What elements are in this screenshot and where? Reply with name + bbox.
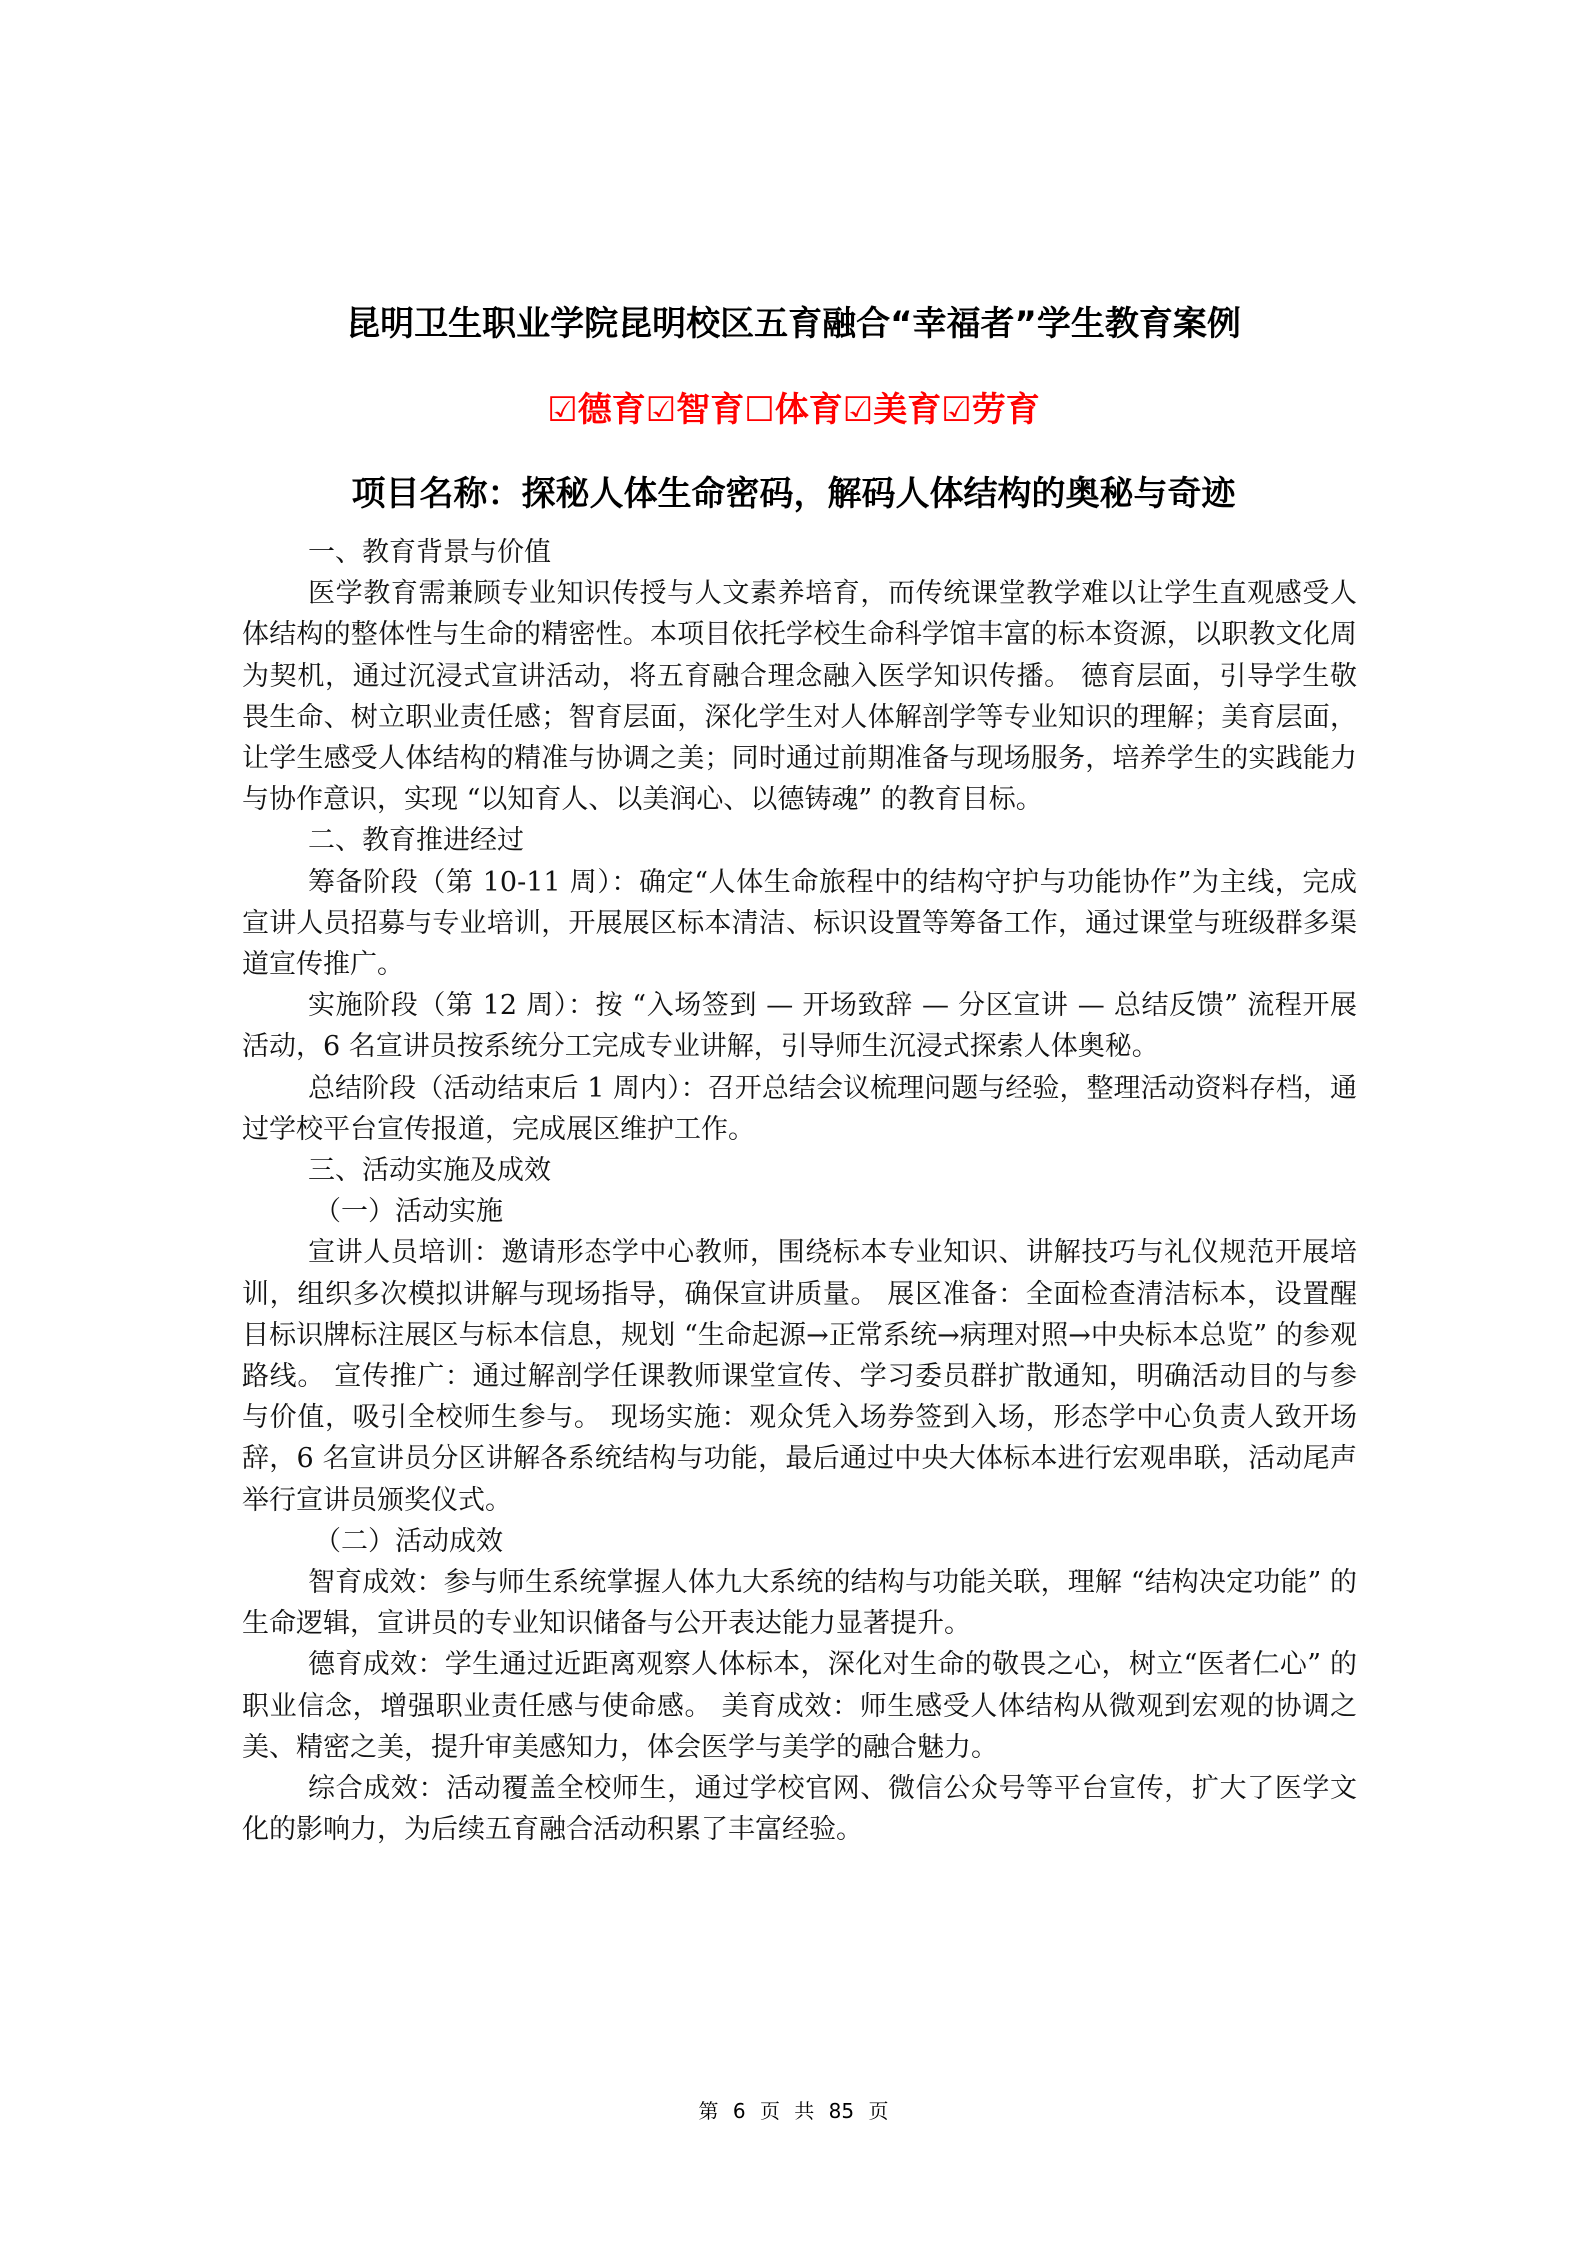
- paragraph-summary-stage: 总结阶段（活动结束后 1 周内）：召开总结会议梳理问题与经验，整理活动资料存档，…: [242, 1068, 1357, 1150]
- section-heading-implementation-results: 三、活动实施及成效: [242, 1150, 1357, 1191]
- checkbox-checked-icon: ☑: [941, 390, 971, 430]
- checkbox-checked-icon: ☑: [843, 390, 873, 430]
- checkbox-checked-icon: ☑: [646, 390, 676, 430]
- paragraph-preparation-stage: 筹备阶段（第 10-11 周）：确定“人体生命旅程中的结构守护与功能协作”为主线…: [242, 862, 1357, 986]
- subheading-results: （二）活动成效: [242, 1521, 1357, 1562]
- current-page-number: 6: [733, 2099, 746, 2123]
- paragraph-implementation-stage: 实施阶段（第 12 周）：按 “入场签到 — 开场致辞 — 分区宣讲 — 总结反…: [242, 985, 1357, 1067]
- total-pages: 85: [829, 2099, 854, 2123]
- category-zhiyu: ☑智育: [646, 382, 744, 431]
- document-title: 昆明卫生职业学院昆明校区五育融合“幸福者”学生教育案例: [0, 296, 1587, 345]
- paragraph-moral-aesthetic-results: 德育成效：学生通过近距离观察人体标本，深化对生命的敬畏之心，树立“医者仁心” 的…: [242, 1644, 1357, 1768]
- category-laoyu: ☑劳育: [941, 382, 1039, 431]
- paragraph-implementation-details: 宣讲人员培训：邀请形态学中心教师，围绕标本专业知识、讲解技巧与礼仪规范开展培训，…: [242, 1232, 1357, 1520]
- paragraph-background: 医学教育需兼顾专业知识传授与人文素养培育，而传统课堂教学难以让学生直观感受人体结…: [242, 573, 1357, 820]
- paragraph-intellectual-results: 智育成效：参与师生系统掌握人体九大系统的结构与功能关联，理解 “结构决定功能” …: [242, 1562, 1357, 1644]
- document-page: 昆明卫生职业学院昆明校区五育融合“幸福者”学生教育案例 ☑德育☑智育☐体育☑美育…: [0, 0, 1587, 2245]
- section-heading-background: 一、教育背景与价值: [242, 532, 1357, 573]
- category-meiyu: ☑美育: [843, 382, 941, 431]
- page-footer: 第 6 页 共 85 页: [0, 2095, 1587, 2124]
- category-tiyu: ☐体育: [744, 382, 842, 431]
- checkbox-checked-icon: ☑: [547, 390, 577, 430]
- document-body: 一、教育背景与价值 医学教育需兼顾专业知识传授与人文素养培育，而传统课堂教学难以…: [242, 532, 1357, 1851]
- paragraph-overall-results: 综合成效：活动覆盖全校师生，通过学校官网、微信公众号等平台宣传，扩大了医学文化的…: [242, 1768, 1357, 1850]
- section-heading-process: 二、教育推进经过: [242, 820, 1357, 861]
- education-category-checklist: ☑德育☑智育☐体育☑美育☑劳育: [0, 382, 1587, 431]
- checkbox-unchecked-icon: ☐: [744, 390, 774, 430]
- subheading-implementation: （一）活动实施: [242, 1191, 1357, 1232]
- category-deyu: ☑德育: [547, 382, 645, 431]
- project-name: 项目名称：探秘人体生命密码，解码人体结构的奥秘与奇迹: [0, 466, 1587, 515]
